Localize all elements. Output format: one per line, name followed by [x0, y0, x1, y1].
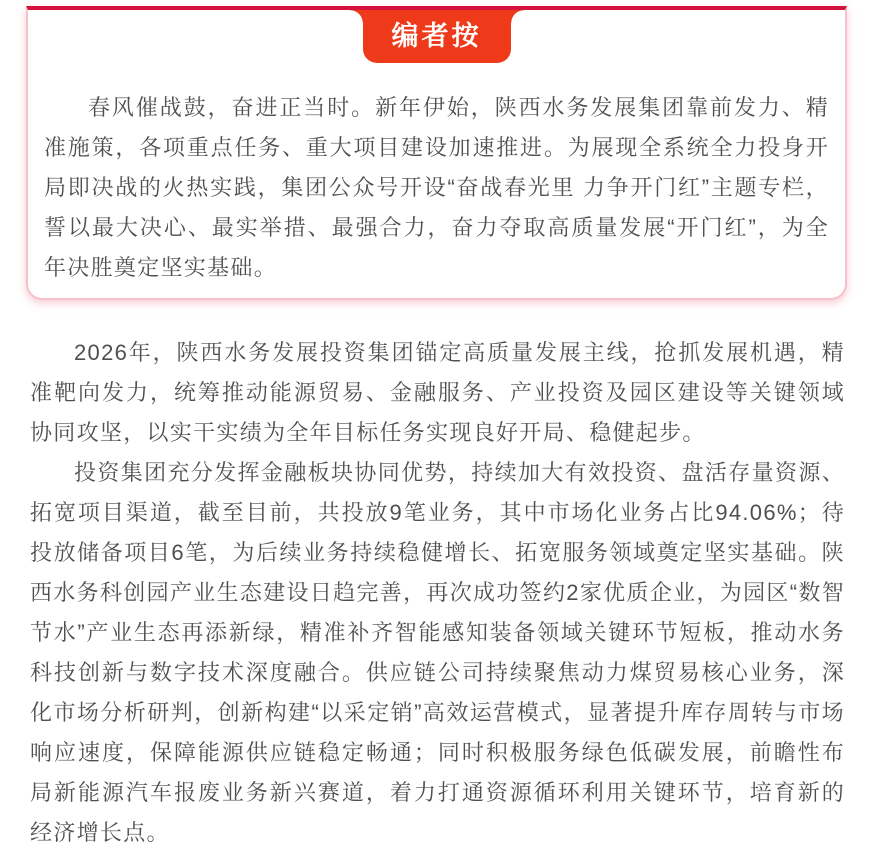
article-page: 编者按 春风催战鼓，奋进正当时。新年伊始，陕西水务发展集团靠前发力、精准施策，各… — [0, 6, 873, 865]
editor-note-badge: 编者按 — [363, 10, 511, 63]
editor-note-text: 春风催战鼓，奋进正当时。新年伊始，陕西水务发展集团靠前发力、精准施策，各项重点任… — [44, 88, 829, 288]
badge-flare-left — [350, 10, 363, 23]
badge-flare-right — [511, 10, 524, 23]
editor-note-badge-label: 编者按 — [392, 10, 482, 63]
editor-note-box: 编者按 春风催战鼓，奋进正当时。新年伊始，陕西水务发展集团靠前发力、精准施策，各… — [26, 6, 847, 300]
article-body: 2026年，陕西水务发展投资集团锚定高质量发展主线，抢抓发展机遇，精准靶向发力，… — [0, 300, 873, 865]
article-paragraph: 投资集团充分发挥金融板块协同优势，持续加大有效投资、盘活存量资源、拓宽项目渠道，… — [30, 453, 845, 853]
article-paragraph: 2026年，陕西水务发展投资集团锚定高质量发展主线，抢抓发展机遇，精准靶向发力，… — [30, 333, 845, 453]
